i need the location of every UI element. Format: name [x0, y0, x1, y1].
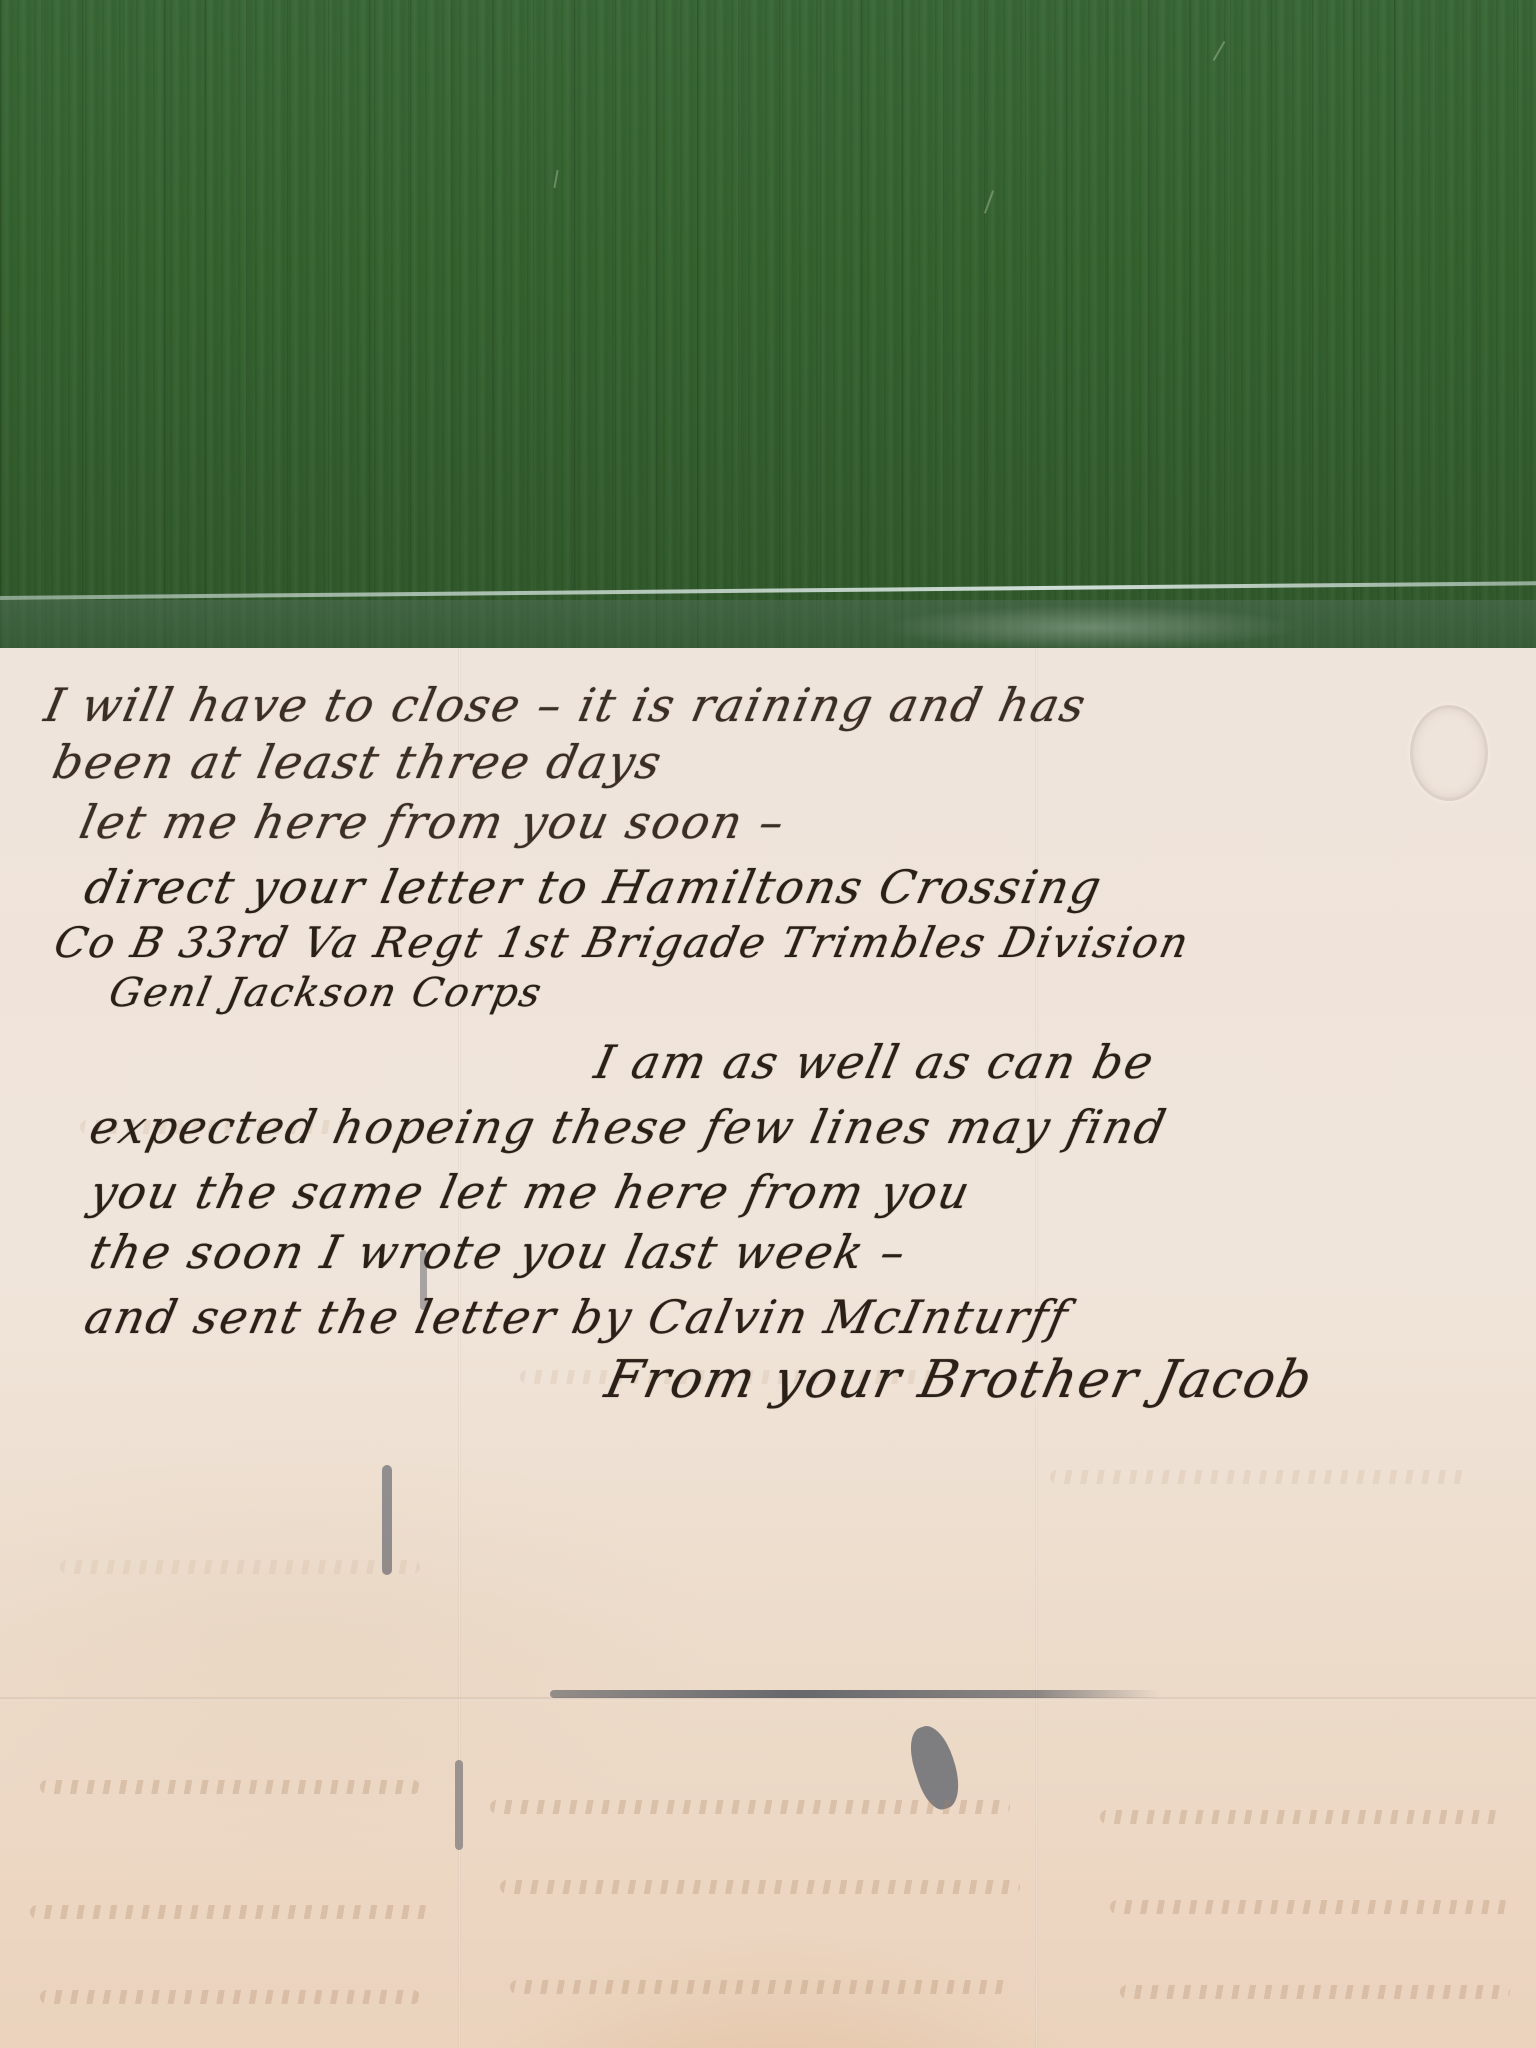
letter-line-8: expected hopeing these few lines may fin… [85, 1100, 1172, 1154]
letter-line-11: and sent the letter by Calvin McInturff [80, 1290, 1074, 1344]
letter-line-4-address: direct your letter to Hamiltons Crossing [80, 860, 1108, 914]
letter-line-10: the soon I wrote you last week – [85, 1225, 912, 1279]
letter-line-5-unit: Co B 33rd Va Regt 1st Brigade Trimbles D… [50, 918, 1195, 967]
letter-line-6-corps: Genl Jackson Corps [105, 970, 547, 1016]
letter-line-1: I will have to close – it is raining and… [40, 678, 1092, 732]
handwritten-letter: I will have to close – it is raining and… [0, 0, 1536, 2048]
letter-line-9: you the same let me here from you [85, 1165, 976, 1219]
letter-signature: From your Brother Jacob [600, 1350, 1319, 1410]
letter-line-7: I am as well as can be [590, 1035, 1160, 1089]
letter-line-3: let me here from you soon – [75, 795, 791, 849]
letter-line-2: been at least three days [48, 735, 668, 789]
